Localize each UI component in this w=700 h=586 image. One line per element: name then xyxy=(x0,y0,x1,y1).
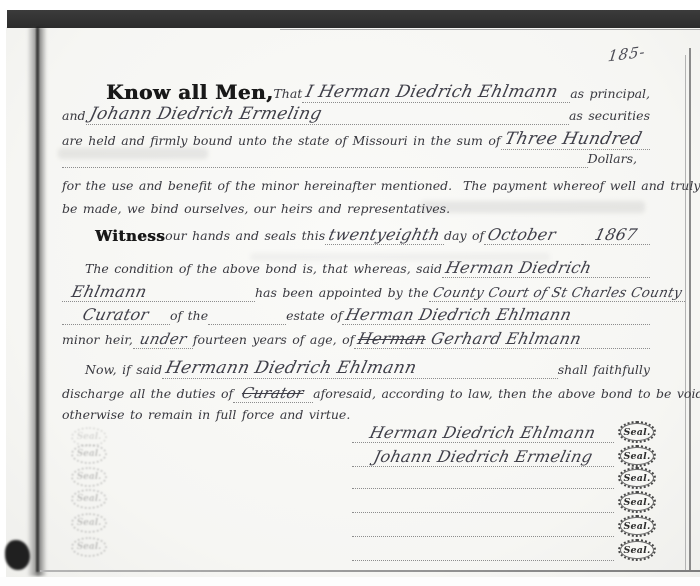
ghost-seal-label: Seal. xyxy=(77,472,102,482)
signature-text: Johann Diedrich Ermeling xyxy=(372,448,594,466)
dollars-label: Dollars, xyxy=(588,151,637,168)
securities-line: and Johann Diedrich Ermeling as securiti… xyxy=(62,106,650,125)
benefit-line: for the use and benefit of the minor her… xyxy=(62,176,650,195)
estate-name-field: Herman Diedrich Ehlmann xyxy=(342,305,650,325)
seal-label: Seal. xyxy=(624,545,651,556)
ghost-seal-label: Seal. xyxy=(77,542,102,552)
of-the-label: of the xyxy=(170,308,208,325)
security-name-field: Johann Diedrich Ermeling xyxy=(86,104,569,125)
obligor-name-field: Hermann Diedrich Ehlmann xyxy=(162,358,558,379)
seal-stamp-icon: Seal. xyxy=(618,539,656,561)
seal-label: Seal. xyxy=(624,451,651,462)
estate-of-label: estate of xyxy=(286,308,342,325)
signature-line: Herman Diedrich Ehlmann xyxy=(352,423,614,443)
under-field: under xyxy=(133,329,193,349)
and-label: and xyxy=(62,108,86,125)
minor-heir-label: minor heir, xyxy=(62,332,133,349)
discharge-line: discharge all the duties of Curator afor… xyxy=(62,384,650,403)
ghost-seal-label: Seal. xyxy=(77,449,102,459)
seal-label: Seal. xyxy=(624,521,651,532)
scanner-edge-line xyxy=(280,29,700,30)
aforesaid-clause: aforesaid, according to law, then the ab… xyxy=(313,386,700,403)
seal-label: Seal. xyxy=(624,473,651,484)
year-written: 1867 xyxy=(593,226,639,244)
signature-row: Seal. xyxy=(352,489,656,513)
ghost-seal-icon: Seal. xyxy=(71,537,107,557)
estate-name: Herman Diedrich Ehlmann xyxy=(344,306,573,324)
minor-name-field: Herman Gerhard Ehlmann xyxy=(354,329,650,349)
minor-name-struck: Herman xyxy=(356,330,428,348)
signature-text: Herman Diedrich Ehlmann xyxy=(368,424,597,442)
minor-name: Gerhard Ehlmann xyxy=(424,330,583,348)
condition-line: The condition of the above bond is, that… xyxy=(62,259,650,278)
minor-heir-line: minor heir, under fourteen years of age,… xyxy=(62,330,650,349)
year-field: 1867 xyxy=(582,225,650,245)
day-of-label: day of xyxy=(444,228,484,245)
witness-clause: our hands and seals this xyxy=(165,228,325,245)
obligation-line: Now, if said Hermann Diedrich Ehlmann sh… xyxy=(62,360,650,379)
principal-name-field: I Herman Diedrich Ehlmann xyxy=(302,82,570,103)
bind-line: be made, we bind ourselves, our heirs an… xyxy=(62,199,650,218)
court-field: County Court of St Charles County xyxy=(429,282,686,302)
dollars-blank-field xyxy=(62,167,588,168)
day-written: twentyeighth xyxy=(327,226,442,244)
discharge-clause: discharge all the duties of xyxy=(62,386,233,403)
appointee-name-part1: Herman Diedrich xyxy=(444,259,593,277)
opening-line: Know all Men, That I Herman Diedrich Ehl… xyxy=(62,84,650,103)
appointed-clause: has been appointed by the xyxy=(255,285,429,302)
seal-stamp-icon: Seal. xyxy=(618,445,656,467)
month-written: October xyxy=(486,226,558,244)
age-clause: fourteen years of age, of xyxy=(193,332,354,349)
seal-stamp-icon: Seal. xyxy=(618,421,656,443)
seal-label: Seal. xyxy=(624,497,651,508)
seal-stamp-icon: Seal. xyxy=(618,467,656,489)
curator-line: Curator of the estate of Herman Diedrich… xyxy=(62,306,650,325)
dollars-line: Dollars, xyxy=(62,149,637,168)
role-field: Curator xyxy=(62,305,170,325)
signature-line xyxy=(352,517,614,537)
signature-row: Seal. xyxy=(352,513,656,537)
scanner-edge-bar xyxy=(7,10,700,28)
signature-line xyxy=(352,469,614,489)
now-clause: Now, if said xyxy=(85,362,162,379)
signature-row: Seal. xyxy=(352,537,656,561)
security-name: Johann Diedrich Ermeling xyxy=(87,105,323,124)
ghost-seal-icon: Seal. xyxy=(71,467,107,487)
role2-written: Curator xyxy=(240,385,305,402)
page-right-edge-line xyxy=(685,55,686,572)
month-field: October xyxy=(484,225,582,245)
condition-clause: The condition of the above bond is, that… xyxy=(85,261,442,278)
signature-row: Seal. xyxy=(352,465,656,489)
page-fold-crease xyxy=(36,27,39,572)
signature-row: Johann Diedrich Ermeling Seal. xyxy=(352,443,656,467)
day-written-field: twentyeighth xyxy=(325,225,444,245)
signature-line xyxy=(352,541,614,561)
seal-stamp-icon: Seal. xyxy=(618,515,656,537)
role2-field: Curator xyxy=(233,383,313,403)
ghost-seal-label: Seal. xyxy=(77,494,102,504)
seal-stamp-icon: Seal. xyxy=(618,491,656,513)
appointee-surname-field: Ehlmann xyxy=(62,282,255,302)
scan-bottom-margin xyxy=(0,577,700,586)
book-right-edge-line xyxy=(689,48,691,572)
faithfully-clause: shall faithfully xyxy=(558,362,650,379)
page-bottom-edge-line xyxy=(40,570,700,572)
use-clause-2: be made, we bind ourselves, our heirs an… xyxy=(62,201,450,218)
signature-line xyxy=(352,493,614,513)
ghost-seal-icon: Seal. xyxy=(71,489,107,509)
ghost-seal-icon: Seal. xyxy=(71,513,107,533)
seal-label: Seal. xyxy=(624,427,651,438)
appointee-name-part2: Ehlmann xyxy=(64,283,149,301)
final-clause: otherwise to remain in full force and vi… xyxy=(62,407,350,424)
appointee-name-field: Herman Diedrich xyxy=(442,258,650,278)
estate-blank-field xyxy=(208,324,286,325)
use-clause-1: for the use and benefit of the minor her… xyxy=(62,178,700,195)
that-label: That xyxy=(273,86,302,103)
ghost-seal-label: Seal. xyxy=(77,518,102,528)
witness-line: Witness our hands and seals this twentye… xyxy=(62,226,650,245)
under-written: under xyxy=(138,331,188,348)
court-name: County Court of St Charles County xyxy=(431,286,683,301)
as-principal-label: as principal, xyxy=(570,86,650,103)
ghost-seal-icon: Seal. xyxy=(71,444,107,464)
principal-name: I Herman Diedrich Ehlmann xyxy=(304,83,560,102)
scanned-bond-document: 185- Know all Men, That I Herman Diedric… xyxy=(0,0,700,586)
scanner-corner-artifact xyxy=(5,540,30,570)
witness-heading: Witness xyxy=(95,229,165,245)
as-securities-label: as securities xyxy=(569,108,650,125)
signature-row: Herman Diedrich Ehlmann Seal. xyxy=(352,419,656,443)
signature-line: Johann Diedrich Ermeling xyxy=(352,447,614,467)
role-written: Curator xyxy=(81,306,151,324)
bound-clause: are held and firmly bound unto the state… xyxy=(62,133,501,150)
ghost-seal-label: Seal. xyxy=(77,432,102,442)
sum-amount: Three Hundred xyxy=(502,130,643,149)
opening-heading: Know all Men, xyxy=(106,82,273,103)
sum-line: are held and firmly bound unto the state… xyxy=(62,131,650,150)
appointment-line: Ehlmann has been appointed by the County… xyxy=(62,283,650,302)
sum-amount-field: Three Hundred xyxy=(501,129,650,150)
obligor-name: Hermann Diedrich Ehlmann xyxy=(164,359,418,378)
